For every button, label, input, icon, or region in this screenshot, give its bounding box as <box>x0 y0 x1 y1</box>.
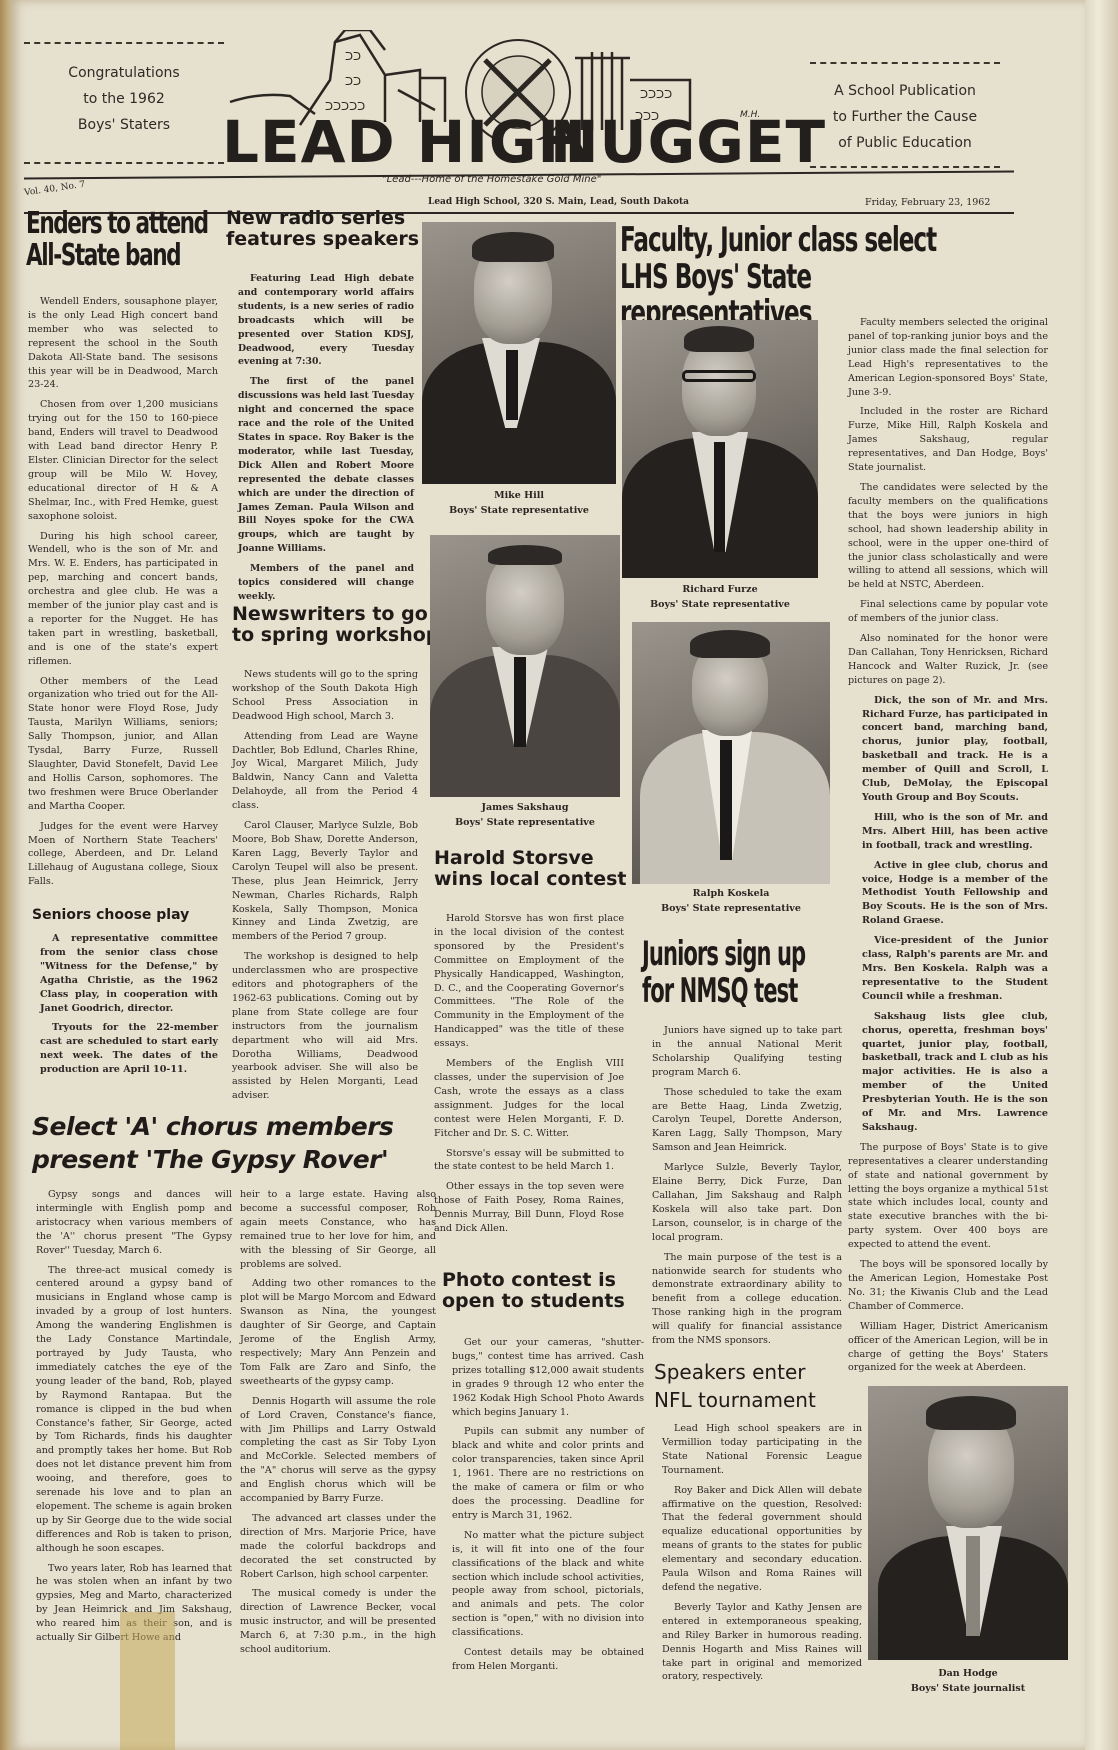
headline-line: Photo contest is <box>442 1270 625 1291</box>
paragraph: The musical comedy is under the directio… <box>240 1587 436 1657</box>
headline-seniors: Seniors choose play <box>32 908 189 923</box>
caption-name: James Sakshaug <box>430 800 620 815</box>
masthead-title-right: NUGGET <box>550 108 826 176</box>
headline-line: for NMSQ test <box>642 973 840 1010</box>
paragraph: Attending from Lead are Wayne Dachtler, … <box>232 730 418 813</box>
caption-richard-furze: Richard Furze Boys' State representative <box>622 582 818 612</box>
caption-role: Boys' State representative <box>622 597 818 612</box>
promo-line: Boys' Staters <box>24 112 224 138</box>
paragraph: Sakshaug lists glee club, chorus, operet… <box>862 1010 1048 1135</box>
paragraph: The boys will be sponsored locally by th… <box>848 1258 1048 1314</box>
paragraph: No matter what the picture subject is, i… <box>452 1529 644 1640</box>
paragraph: Wendell Enders, sousaphone player, is th… <box>28 295 218 392</box>
newspaper-page: Congratulations to the 1962 Boys' Stater… <box>10 0 1085 1750</box>
headline-line: present 'The Gypsy Rover' <box>32 1143 393 1176</box>
headline-line: Newswriters to go <box>232 604 439 625</box>
divider <box>24 162 224 164</box>
volume-number: Vol. 40, No. 7 <box>24 180 86 198</box>
paragraph: Members of the panel and topics consider… <box>238 562 414 604</box>
caption-role: Boys' State representative <box>430 815 620 830</box>
headline-line: wins local contest <box>434 869 627 890</box>
paragraph: Active in glee club, chorus and voice, H… <box>862 859 1048 929</box>
paragraph: The purpose of Boys' State is to give re… <box>848 1141 1048 1252</box>
paragraph: Other members of the Lead organization w… <box>28 675 218 814</box>
masthead-title-left: LEAD HIGH <box>222 108 587 176</box>
headline-enders: Enders to attend All-State band <box>26 208 228 273</box>
paragraph: Contest details may be obtained from Hel… <box>452 1646 644 1674</box>
caption-role: Boys' State journalist <box>868 1681 1068 1696</box>
article-seniors: A representative committee from the seni… <box>40 932 218 1083</box>
headline-line: Speakers enter <box>654 1358 816 1386</box>
paragraph: Chosen from over 1,200 musicians trying … <box>28 398 218 523</box>
paragraph: A representative committee from the seni… <box>40 932 218 1015</box>
paragraph: The workshop is designed to help undercl… <box>232 950 418 1103</box>
paragraph: Hill, who is the son of Mr. and Mrs. Alb… <box>862 811 1048 853</box>
article-nmsq: Juniors have signed up to take part in t… <box>652 1024 842 1354</box>
article-chorus-col2: heir to a large estate. Having also beco… <box>240 1188 436 1663</box>
photo-dan-hodge <box>868 1386 1068 1660</box>
address-line: Lead High School, 320 S. Main, Lead, Sou… <box>428 197 689 207</box>
article-storsve: Harold Storsve has won first place in th… <box>434 912 624 1242</box>
photo-richard-furze <box>622 320 818 578</box>
headline-storsve: Harold Storsve wins local contest <box>434 848 627 889</box>
paragraph: Storsve's essay will be submitted to the… <box>434 1147 624 1175</box>
headline-line: features speakers <box>226 229 419 250</box>
paragraph: Juniors have signed up to take part in t… <box>652 1024 842 1080</box>
photo-ralph-koskela <box>632 622 830 884</box>
paragraph: Gypsy songs and dances will intermingle … <box>36 1188 232 1258</box>
caption-name: Richard Furze <box>622 582 818 597</box>
caption-dan-hodge: Dan Hodge Boys' State journalist <box>868 1666 1068 1696</box>
headline-line: to spring workshop <box>232 625 439 646</box>
headline-line: Harold Storsve <box>434 848 627 869</box>
paragraph: Vice-president of the Junior class, Ralp… <box>862 934 1048 1004</box>
paragraph: Lead High school speakers are in Vermill… <box>662 1422 862 1478</box>
photo-mike-hill <box>422 222 616 484</box>
paragraph: Also nominated for the honor were Dan Ca… <box>848 632 1048 688</box>
page-edge <box>1085 0 1118 1750</box>
headline-nmsq: Juniors sign up for NMSQ test <box>642 936 840 1009</box>
paragraph: Pupils can submit any number of black an… <box>452 1425 644 1522</box>
paragraph: The three-act musical comedy is centered… <box>36 1264 232 1556</box>
paragraph: Included in the roster are Richard Furze… <box>848 405 1048 475</box>
promo-line: to Further the Cause <box>810 104 1000 130</box>
article-enders: Wendell Enders, sousaphone player, is th… <box>28 295 218 895</box>
paragraph: Roy Baker and Dick Allen will debate aff… <box>662 1484 862 1595</box>
paragraph: Final selections came by popular vote of… <box>848 598 1048 626</box>
paragraph: The advanced art classes under the direc… <box>240 1512 436 1582</box>
headline-line: open to students <box>442 1291 625 1312</box>
caption-james-sakshaug: James Sakshaug Boys' State representativ… <box>430 800 620 830</box>
headline-line: New radio series <box>226 208 419 229</box>
issue-date: Friday, February 23, 1962 <box>865 197 990 208</box>
tagline: "Lead---Home of the Homestake Gold Mine" <box>382 174 601 185</box>
promo-line: A School Publication <box>810 78 1000 104</box>
artist-initials: M.H. <box>740 110 760 120</box>
headline-line: Faculty, Junior class select <box>620 222 1001 259</box>
paragraph: Tryouts for the 22-member cast are sched… <box>40 1021 218 1077</box>
paragraph: Other essays in the top seven were those… <box>434 1180 624 1236</box>
paragraph: Dick, the son of Mr. and Mrs. Richard Fu… <box>862 694 1048 805</box>
article-newswriters: News students will go to the spring work… <box>232 668 418 1109</box>
paragraph: News students will go to the spring work… <box>232 668 418 724</box>
headline-nfl: Speakers enter NFL tournament <box>654 1358 816 1414</box>
caption-name: Dan Hodge <box>868 1666 1068 1681</box>
paragraph: Judges for the event were Harvey Moen of… <box>28 820 218 890</box>
caption-mike-hill: Mike Hill Boys' State representative <box>422 488 616 518</box>
svg-text:ᑐᑐᑐᑐ: ᑐᑐᑐᑐ <box>640 88 672 101</box>
headline-photo-contest: Photo contest is open to students <box>442 1270 625 1311</box>
promo-line: Congratulations <box>24 60 224 86</box>
paragraph: Dennis Hogarth will assume the role of L… <box>240 1395 436 1506</box>
headline-newswriters: Newswriters to go to spring workshop <box>232 604 439 645</box>
caption-name: Mike Hill <box>422 488 616 503</box>
paragraph: Members of the English VIII classes, und… <box>434 1057 624 1140</box>
paragraph: Marlyce Sulzle, Beverly Taylor, Elaine B… <box>652 1161 842 1244</box>
paragraph: Beverly Taylor and Kathy Jensen are ente… <box>662 1601 862 1684</box>
paragraph: Get our your cameras, "shutter-bugs," co… <box>452 1336 644 1419</box>
headline-line: All-State band <box>26 240 228 272</box>
photo-james-sakshaug <box>430 535 620 797</box>
divider <box>810 62 1000 64</box>
promo-line: to the 1962 <box>24 86 224 112</box>
caption-role: Boys' State representative <box>422 503 616 518</box>
caption-ralph-koskela: Ralph Koskela Boys' State representative <box>632 886 830 916</box>
right-promo: A School Publication to Further the Caus… <box>810 78 1000 156</box>
paragraph: heir to a large estate. Having also beco… <box>240 1188 436 1271</box>
caption-name: Ralph Koskela <box>632 886 830 901</box>
paragraph: Harold Storsve has won first place in th… <box>434 912 624 1051</box>
paragraph: Those scheduled to take the exam are Bet… <box>652 1086 842 1156</box>
paragraph: William Hager, District Americanism offi… <box>848 1320 1048 1376</box>
paragraph: Featuring Lead High debate and contempor… <box>238 272 414 369</box>
paragraph: Adding two other romances to the plot wi… <box>240 1277 436 1388</box>
headline-line: Juniors sign up <box>642 936 840 973</box>
paragraph: During his high school career, Wendell, … <box>28 530 218 669</box>
caption-role: Boys' State representative <box>632 901 830 916</box>
svg-text:ᑐᑐ: ᑐᑐ <box>345 75 361 88</box>
article-radio: Featuring Lead High debate and contempor… <box>238 272 414 610</box>
divider <box>810 166 1000 168</box>
headline-line: Select 'A' chorus members <box>32 1110 393 1143</box>
headline-line: Enders to attend <box>26 208 228 240</box>
headline-radio: New radio series features speakers <box>226 208 419 249</box>
tape-stain <box>120 1612 175 1750</box>
article-chorus-col1: Gypsy songs and dances will intermingle … <box>36 1188 232 1651</box>
svg-text:ᑐᑐ: ᑐᑐ <box>345 50 361 63</box>
promo-line: of Public Education <box>810 130 1000 156</box>
paragraph: The first of the panel discussions was h… <box>238 375 414 556</box>
paragraph: The main purpose of the test is a nation… <box>652 1251 842 1348</box>
paragraph: The candidates were selected by the facu… <box>848 481 1048 592</box>
article-nfl: Lead High school speakers are in Vermill… <box>662 1422 862 1690</box>
headline-line: NFL tournament <box>654 1386 816 1414</box>
paragraph: Faculty members selected the original pa… <box>848 316 1048 399</box>
headline-chorus: Select 'A' chorus members present 'The G… <box>32 1110 393 1176</box>
article-boys-state: Faculty members selected the original pa… <box>848 316 1048 1381</box>
paragraph: Carol Clauser, Marlyce Sulzle, Bob Moore… <box>232 819 418 944</box>
divider <box>24 42 224 44</box>
left-promo: Congratulations to the 1962 Boys' Stater… <box>24 60 224 138</box>
article-photo-contest: Get our your cameras, "shutter-bugs," co… <box>452 1336 644 1680</box>
